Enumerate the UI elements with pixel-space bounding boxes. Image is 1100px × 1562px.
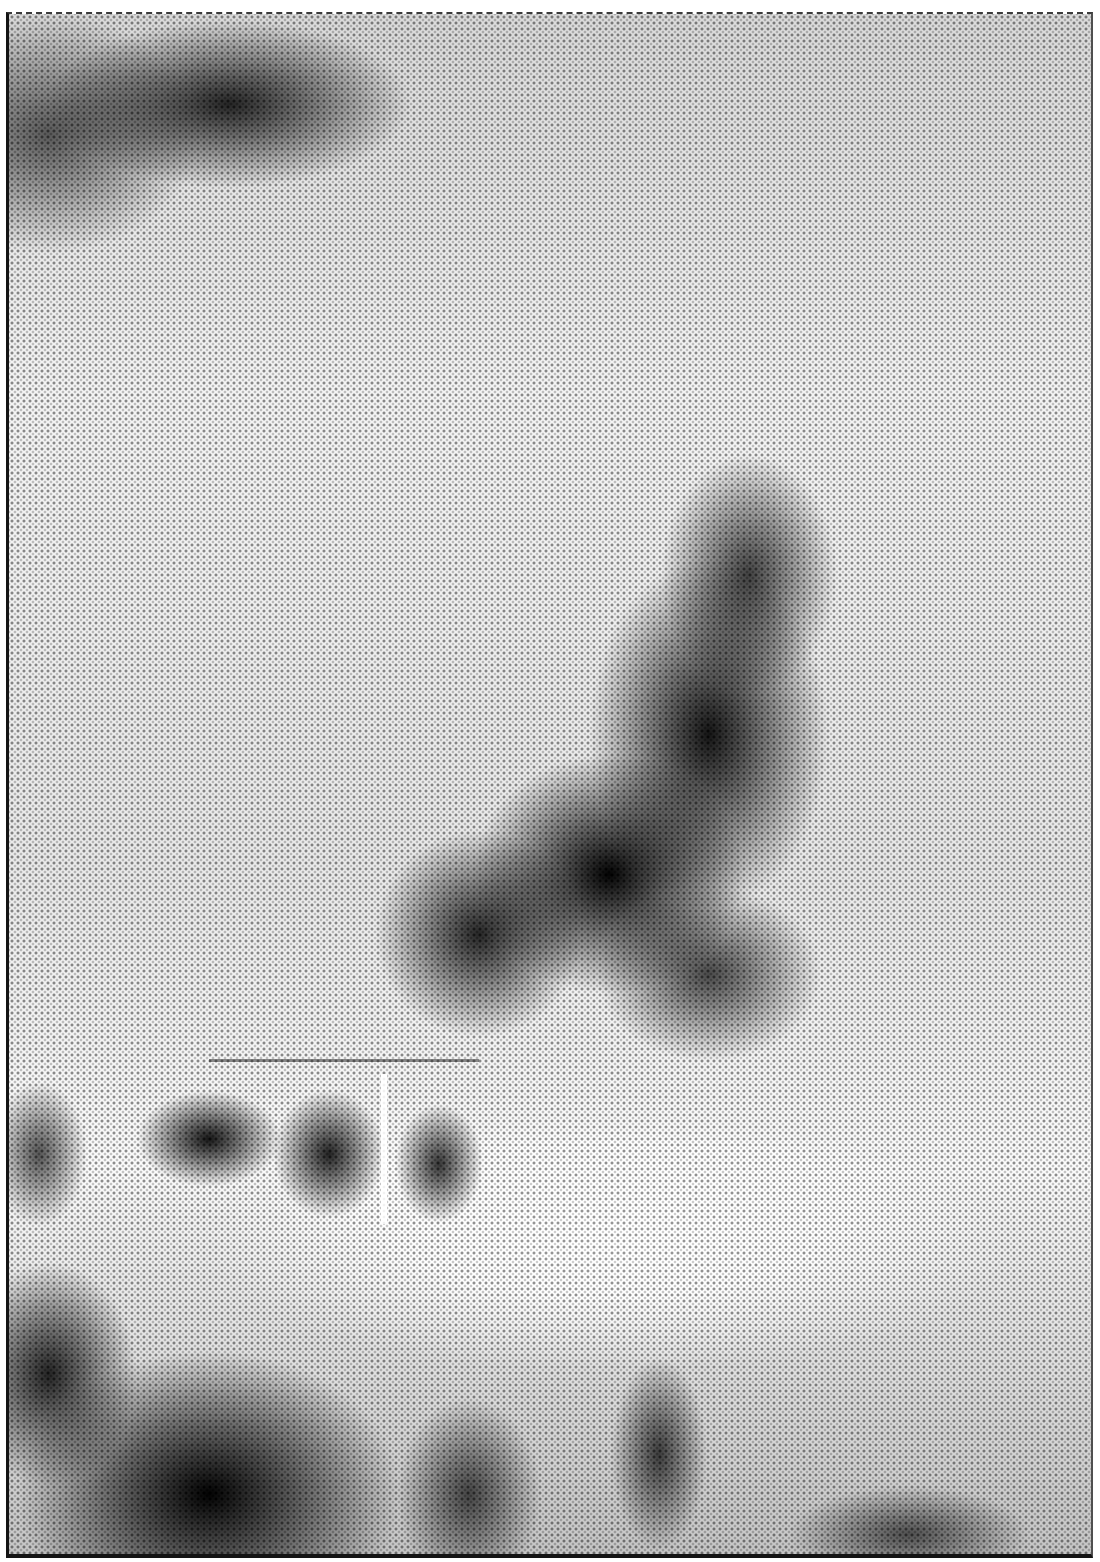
halftone-screen-offset: [9, 14, 1091, 1554]
light-vertical-streak: [381, 1074, 387, 1224]
halftone-photograph: [6, 12, 1093, 1558]
dark-horizontal-edge: [209, 1059, 479, 1062]
